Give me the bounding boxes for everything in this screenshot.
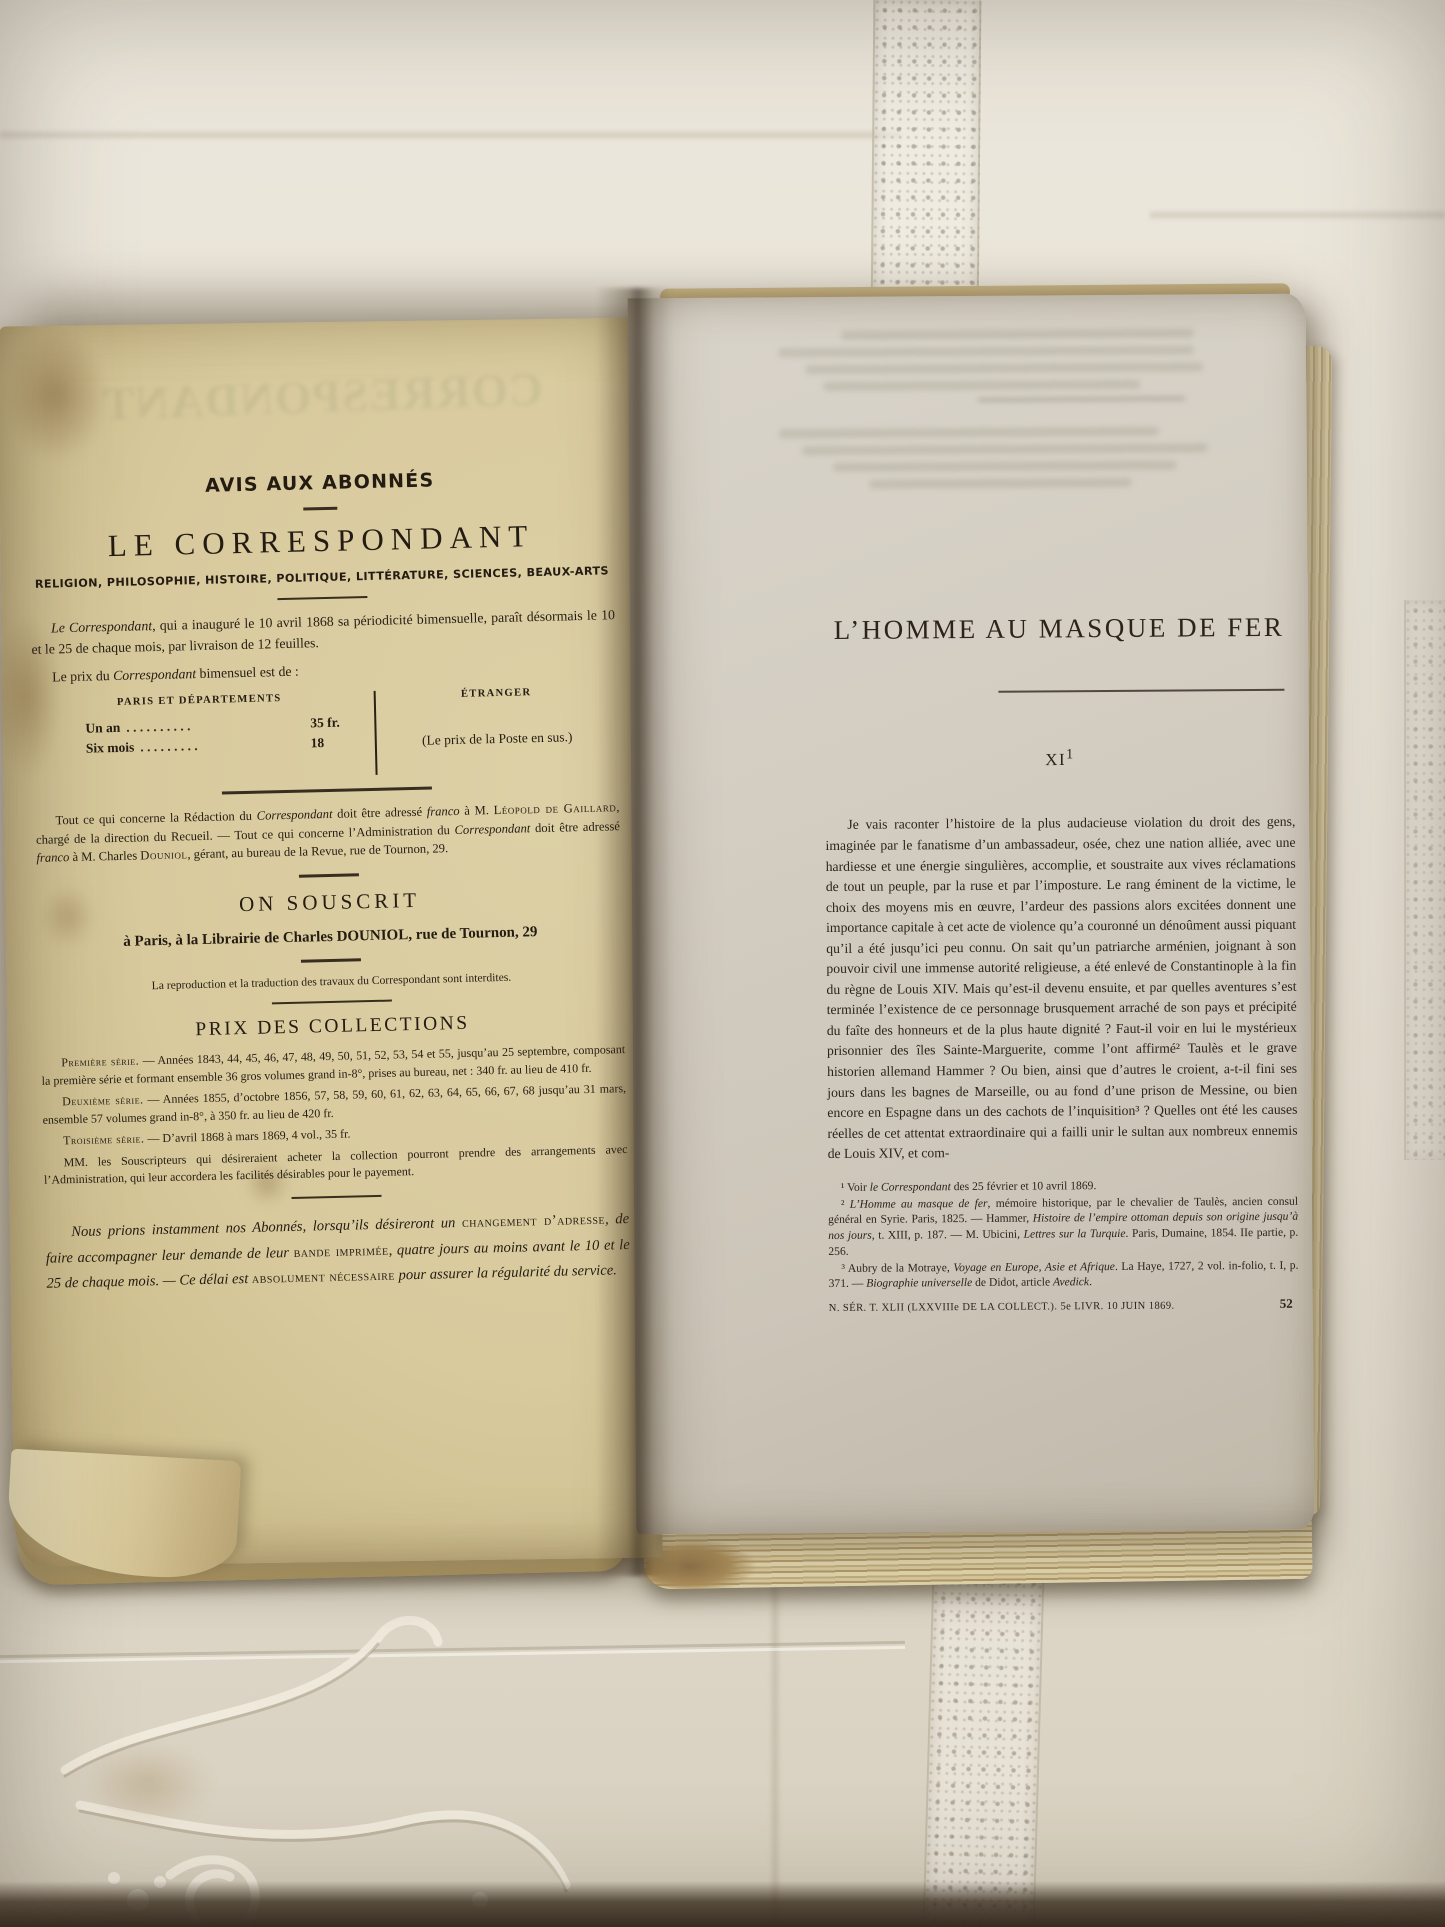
footnote: ¹ Voir le Correspondant des 25 février e… [828, 1176, 1298, 1195]
table-edge [0, 1881, 1445, 1927]
collections-heading: PRIX DES COLLECTIONS [40, 1009, 624, 1045]
divider-rule [272, 999, 392, 1004]
pricing-foreign-note: (Le prix de la Poste en sus.) [422, 729, 573, 749]
pricing-domestic: PARIS ET DÉPARTEMENTS Un an . . . . . . … [33, 691, 378, 783]
divider-rule [292, 1195, 382, 1200]
bleedthrough-ghost-block [778, 320, 1231, 497]
masthead-title: LE CORRESPONDANT [29, 516, 614, 566]
address-change-notice: Nous prions instamment nos Abonnés, lors… [45, 1207, 631, 1297]
dot-leader: . . . . . . . . . [140, 736, 305, 756]
footnote: ³ Aubry de la Motraye, Voyage en Europe,… [828, 1257, 1298, 1292]
embroidery-pattern [10, 1600, 610, 1927]
curled-page-corner [5, 1449, 241, 1582]
price-value: 35 fr. [310, 714, 362, 731]
ghost-line [778, 345, 1194, 357]
ghost-line [779, 427, 1159, 439]
ghost-line [833, 461, 1177, 472]
photo-scene: CORRESPONDANT AVIS AUX ABONNÉS LE CORRES… [0, 0, 1445, 1927]
subjects-line: RELIGION, PHILOSOPHIE, HISTOIRE, POLITIQ… [30, 564, 614, 591]
fabric-crease [770, 1560, 780, 1920]
lace-strip-right [1404, 600, 1445, 1160]
left-page: CORRESPONDANT AVIS AUX ABONNÉS LE CORRES… [0, 318, 663, 1567]
dot-leader: . . . . . . . . . . [126, 716, 304, 736]
right-page: L’HOMME AU MASQUE DE FER XI1 Je vais rac… [628, 294, 1315, 1535]
ghost-line [841, 328, 1194, 339]
ghost-line [823, 380, 1139, 391]
price-label: Six mois [86, 740, 135, 757]
fabric-crease [0, 130, 900, 140]
notice-header: AVIS AUX ABONNÉS [28, 465, 612, 501]
administration-paragraph: Tout ce qui concerne la Rédaction du Cor… [35, 798, 620, 868]
intro-paragraph: Le Correspondant, qui a inauguré le 10 a… [31, 605, 616, 661]
bleedthrough-ghost-text: CORRESPONDANT [0, 359, 647, 436]
pricing-domestic-header: PARIS ET DÉPARTEMENTS [33, 691, 366, 710]
subscribe-address: à Paris, à la Librairie de Charles DOUNI… [38, 922, 622, 953]
signature-line: N. SÉR. T. XLII (LXXVIIIe DE LA COLLECT.… [829, 1296, 1299, 1315]
page-number: 52 [1280, 1296, 1299, 1312]
divider-rule [222, 787, 432, 795]
pricing-foreign-header: ÉTRANGER [461, 687, 532, 700]
footnotes-block: ¹ Voir le Correspondant des 25 février e… [828, 1176, 1299, 1292]
right-page-content: L’HOMME AU MASQUE DE FER XI1 Je vais rac… [824, 612, 1299, 1315]
price-label: Un an [85, 720, 120, 737]
chapter-roman-numeral: XI [1045, 750, 1066, 769]
lace-strip-top [871, 0, 982, 318]
ghost-line [869, 478, 1131, 489]
pricing-table: PARIS ET DÉPARTEMENTS Un an . . . . . . … [33, 685, 619, 783]
edition-signature: N. SÉR. T. XLII (LXXVIIIe DE LA COLLECT.… [829, 1301, 1175, 1314]
pricing-foreign: ÉTRANGER (Le prix de la Poste en sus.) [375, 685, 618, 775]
footnote: ² L’Homme au masque de fer, mémoire hist… [828, 1193, 1298, 1259]
ghost-line [977, 396, 1185, 401]
ghost-line [801, 443, 1208, 455]
divider-rule [303, 507, 337, 510]
article-title: L’HOMME AU MASQUE DE FER [824, 612, 1294, 646]
ghost-line [805, 362, 1203, 374]
fabric-crease [1150, 210, 1445, 220]
lace-strip-bottom [923, 1537, 1046, 1927]
title-rule [998, 689, 1284, 693]
price-lead: Le prix du Correspondant bimensuel est d… [32, 654, 616, 689]
chapter-footnote-marker: 1 [1066, 746, 1075, 762]
left-page-content: AVIS AUX ABONNÉS LE CORRESPONDANT RELIGI… [28, 465, 631, 1312]
chapter-number: XI1 [825, 745, 1295, 772]
price-value: 18 [311, 734, 363, 751]
body-paragraph: Je vais raconter l’histoire de la plus a… [825, 812, 1297, 1165]
copyright-line: La reproduction et la traduction des tra… [39, 968, 623, 995]
divider-rule [299, 874, 359, 878]
subscribe-heading: ON SOUSCRIT [37, 883, 621, 922]
divider-rule [301, 958, 361, 962]
torn-page-edge [644, 1533, 795, 1589]
divider-rule [277, 596, 367, 601]
